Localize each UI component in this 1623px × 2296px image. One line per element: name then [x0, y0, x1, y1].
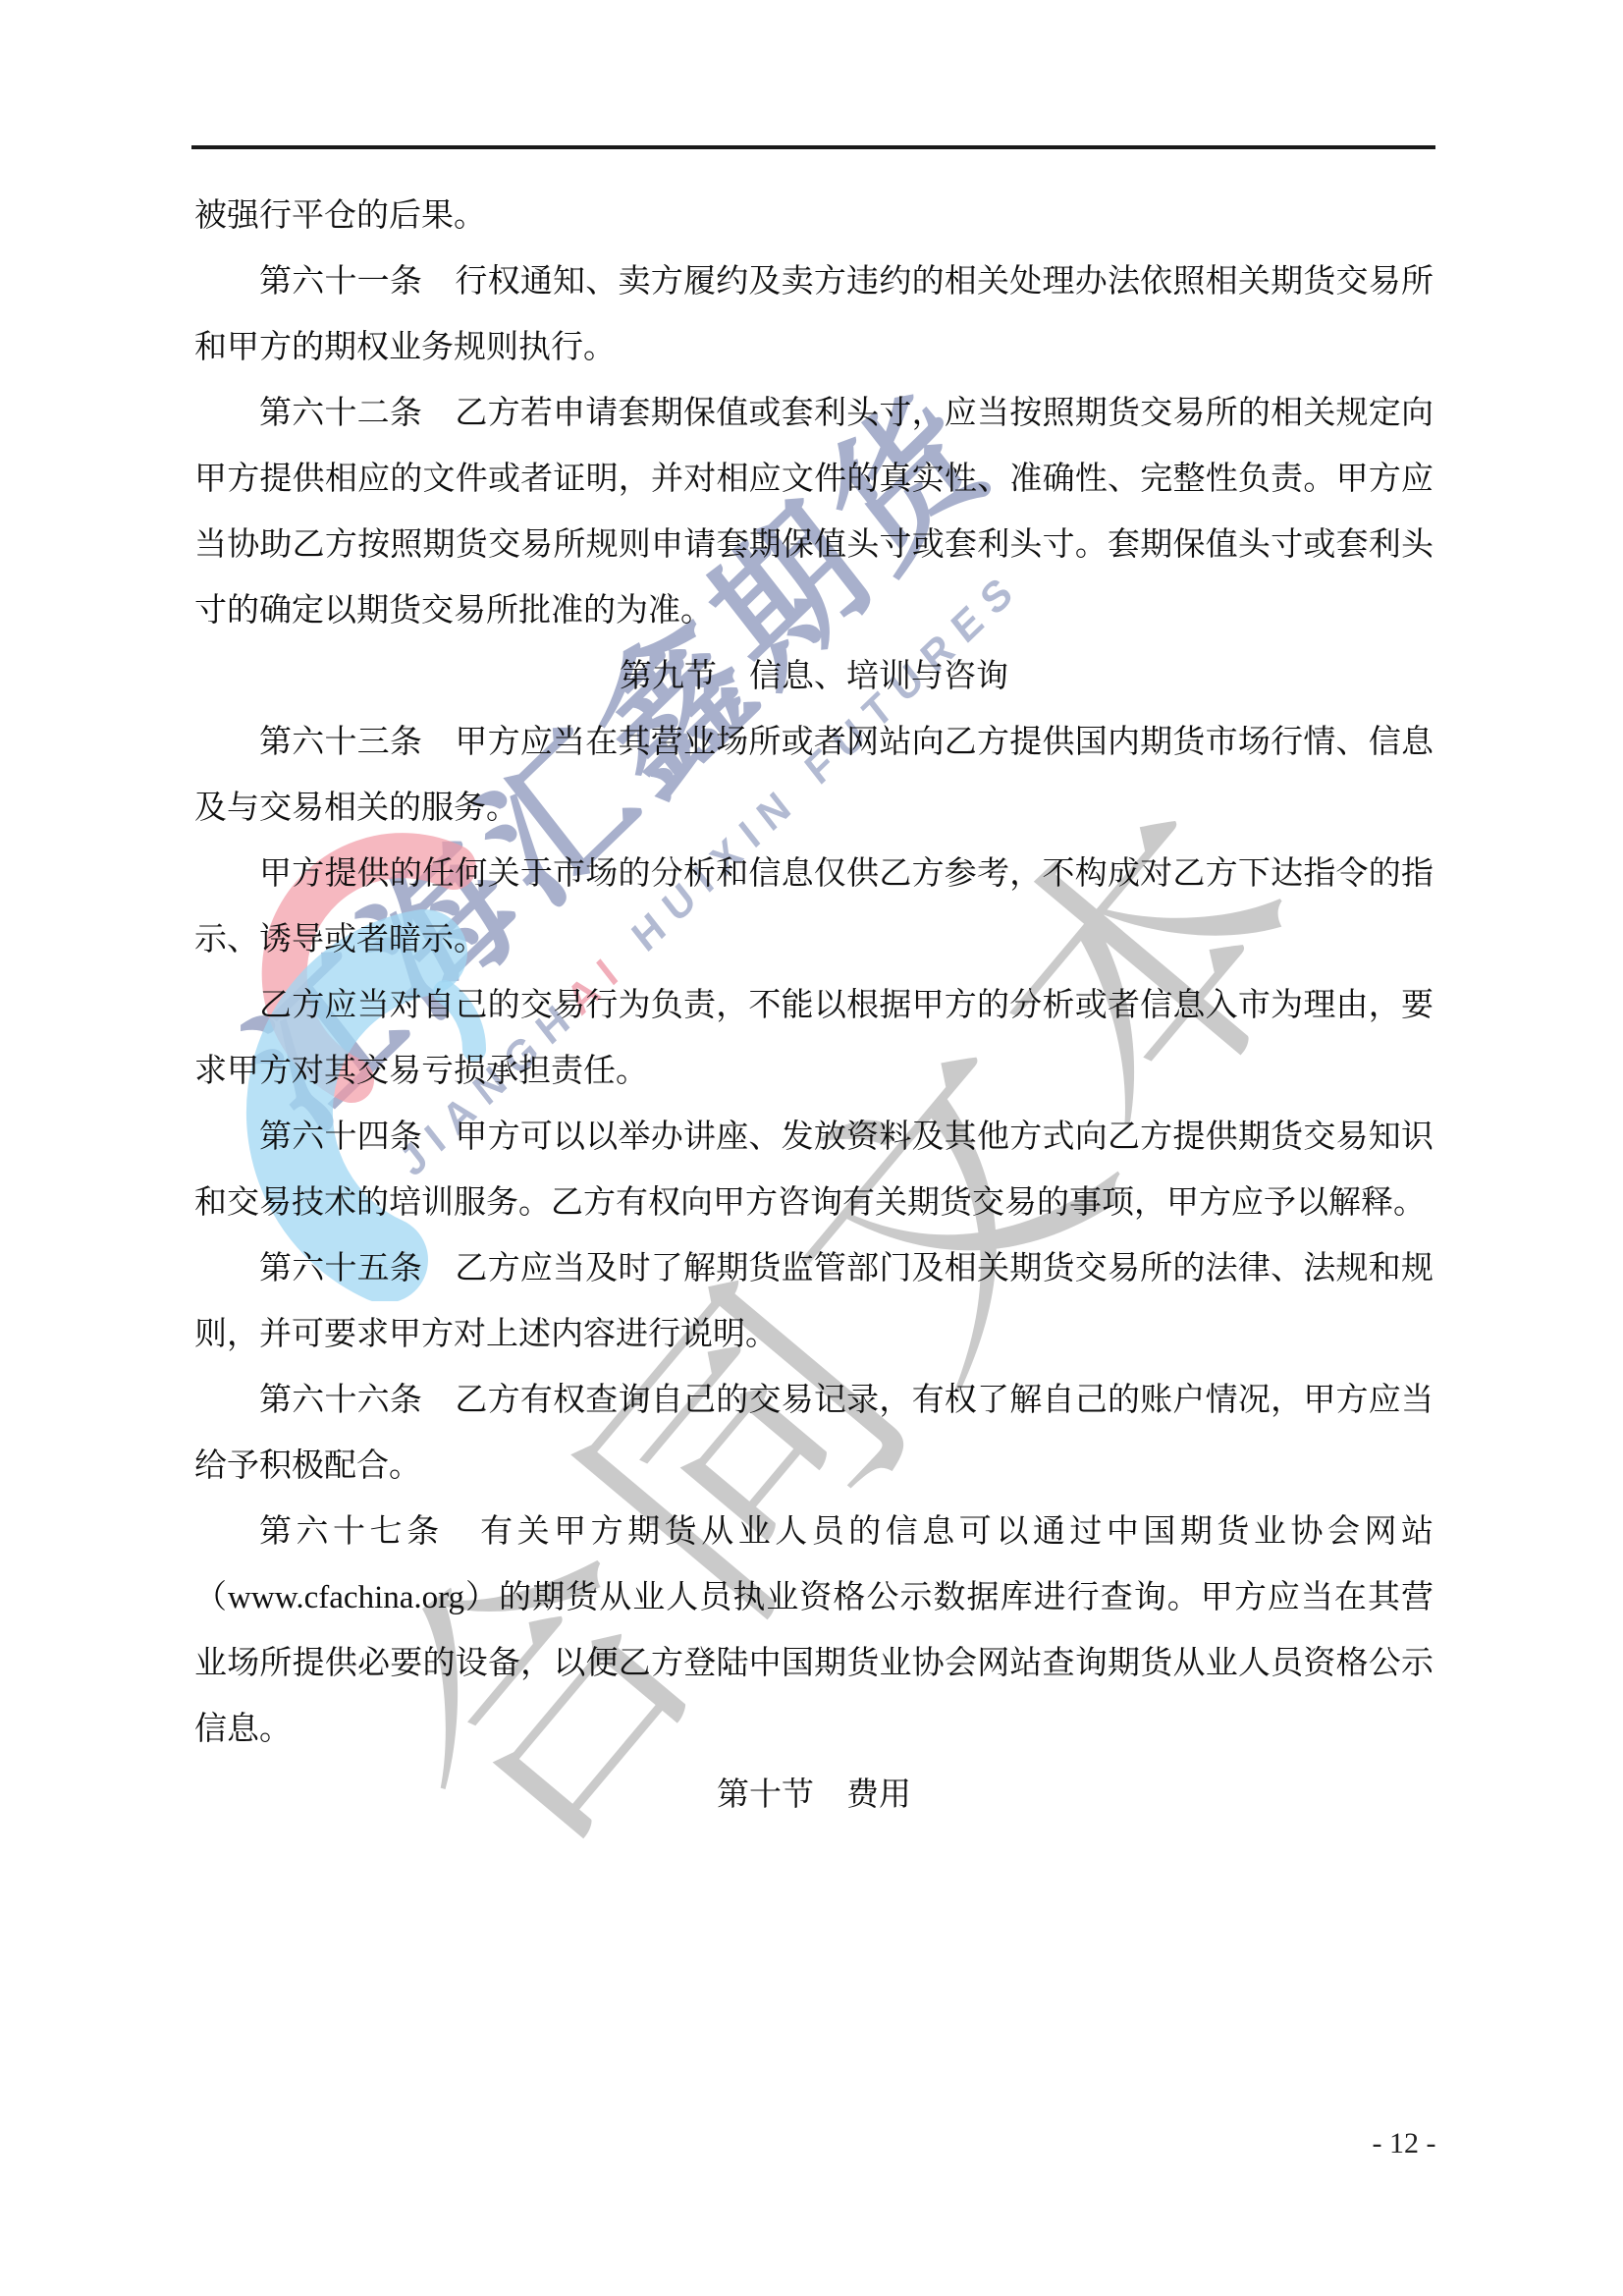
clause-63-paragraph: 第六十三条 甲方应当在其营业场所或者网站向乙方提供国内期货市场行情、信息及与交易…	[194, 710, 1434, 842]
clause-65-paragraph: 第六十五条 乙方应当及时了解期货监管部门及相关期货交易所的法律、法规和规则，并可…	[194, 1236, 1434, 1368]
clause-continuation-paragraph: 被强行平仓的后果。	[194, 184, 1434, 249]
clause-63-paragraph-3: 乙方应当对自己的交易行为负责，不能以根据甲方的分析或者信息入市为理由，要求甲方对…	[194, 973, 1434, 1105]
clause-63-paragraph-2: 甲方提供的任何关于市场的分析和信息仅供乙方参考，不构成对乙方下达指令的指示、诱导…	[194, 842, 1434, 973]
clause-61-paragraph: 第六十一条 行权通知、卖方履约及卖方违约的相关处理办法依照相关期货交易所和甲方的…	[194, 249, 1434, 381]
document-page: 合同文本 江海汇鑫期货 JIANGHAI HUIXIN FUTURES 被强行平…	[0, 0, 1623, 2296]
clause-67-paragraph: 第六十七条 有关甲方期货从业人员的信息可以通过中国期货业协会网站（www.cfa…	[194, 1500, 1434, 1763]
contract-body: 被强行平仓的后果。 第六十一条 行权通知、卖方履约及卖方违约的相关处理办法依照相…	[194, 184, 1434, 1829]
page-number: - 12 -	[1360, 2127, 1448, 2160]
clause-64-paragraph: 第六十四条 甲方可以以举办讲座、发放资料及其他方式向乙方提供期货交易知识和交易技…	[194, 1105, 1434, 1236]
header-rule	[191, 145, 1435, 149]
section-10-heading: 第十节 费用	[194, 1763, 1434, 1829]
clause-62-paragraph: 第六十二条 乙方若申请套期保值或套利头寸，应当按照期货交易所的相关规定向甲方提供…	[194, 381, 1434, 644]
clause-66-paragraph: 第六十六条 乙方有权查询自己的交易记录，有权了解自己的账户情况，甲方应当给予积极…	[194, 1368, 1434, 1500]
section-9-heading: 第九节 信息、培训与咨询	[194, 644, 1434, 710]
